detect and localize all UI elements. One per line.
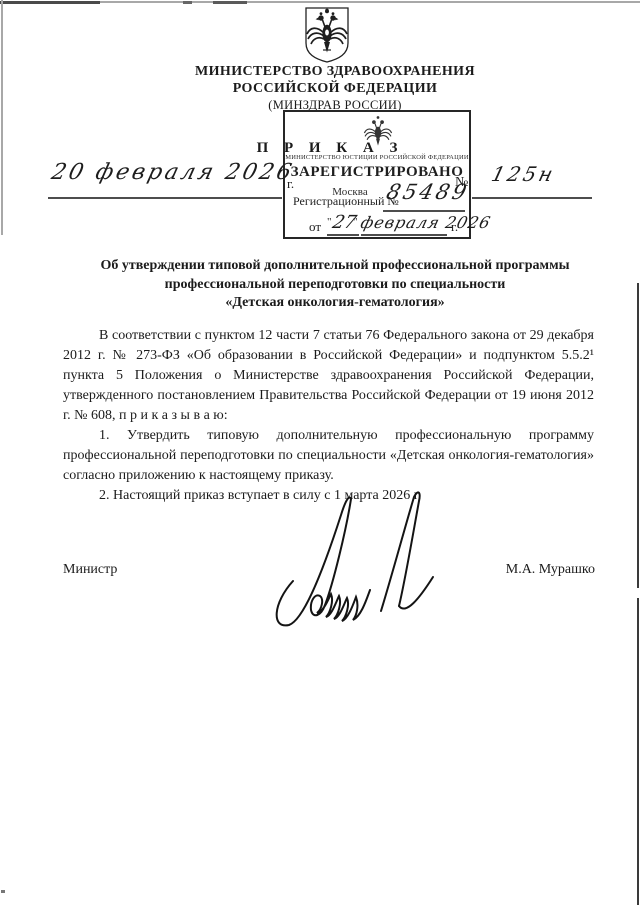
minister-signature-icon — [253, 489, 443, 637]
stamp-date-rest-underline — [361, 234, 447, 236]
scan-edge-left — [1, 0, 3, 235]
scan-speck — [1, 890, 5, 893]
doc-number-sign: № — [455, 175, 468, 191]
minister-position-label: Министр — [63, 562, 117, 578]
doc-date-handwritten: 20 февраля 2026 — [49, 160, 297, 185]
stamp-date-day-underline — [327, 234, 359, 236]
order-body: В соответствии с пунктом 12 части 7 стат… — [63, 326, 594, 506]
order-title-line2: профессиональной переподготовки по специ… — [60, 276, 610, 295]
order-paragraph-preamble: В соответствии с пунктом 12 части 7 стат… — [63, 326, 594, 426]
scan-edge-right — [637, 283, 639, 588]
scan-edge-top-dash2 — [213, 1, 247, 4]
ministry-name-line1: МИНИСТЕРСТВО ЗДРАВООХРАНЕНИЯ — [80, 64, 590, 80]
doc-city: Москва — [95, 186, 605, 198]
order-title-line3: «Детская онкология-гематология» — [60, 294, 610, 313]
scan-edge-right2 — [637, 598, 639, 905]
russia-coat-of-arms-icon — [302, 5, 352, 63]
stamp-date-rest-handwritten: февраля 2026 — [359, 213, 493, 232]
order-title-line1: Об утверждении типовой дополнительной пр… — [60, 257, 610, 276]
justice-registration-stamp: МИНИСТЕРСТВО ЮСТИЦИИ РОССИЙСКОЙ ФЕДЕРАЦИ… — [283, 110, 471, 239]
stamp-date-prefix: от — [309, 219, 321, 235]
doc-number-handwritten: 125н — [489, 162, 558, 186]
ministry-name-line2: РОССИЙСКОЙ ФЕДЕРАЦИИ — [80, 81, 590, 97]
stamp-open-quote: " — [327, 216, 332, 228]
order-paragraph-item1: 1. Утвердить типовую дополнительную проф… — [63, 426, 594, 486]
stamp-registered-label: ЗАРЕГИСТРИРОВАНО — [285, 164, 469, 181]
minister-name: М.А. Мурашко — [440, 562, 595, 578]
stamp-date-day-handwritten: 27 — [330, 212, 358, 233]
doc-type-heading: П Р И К А З — [75, 140, 585, 157]
scan-edge-top-dark — [0, 1, 100, 4]
scan-edge-top-dash1 — [183, 1, 192, 4]
stamp-reg-number-underline — [383, 210, 465, 212]
